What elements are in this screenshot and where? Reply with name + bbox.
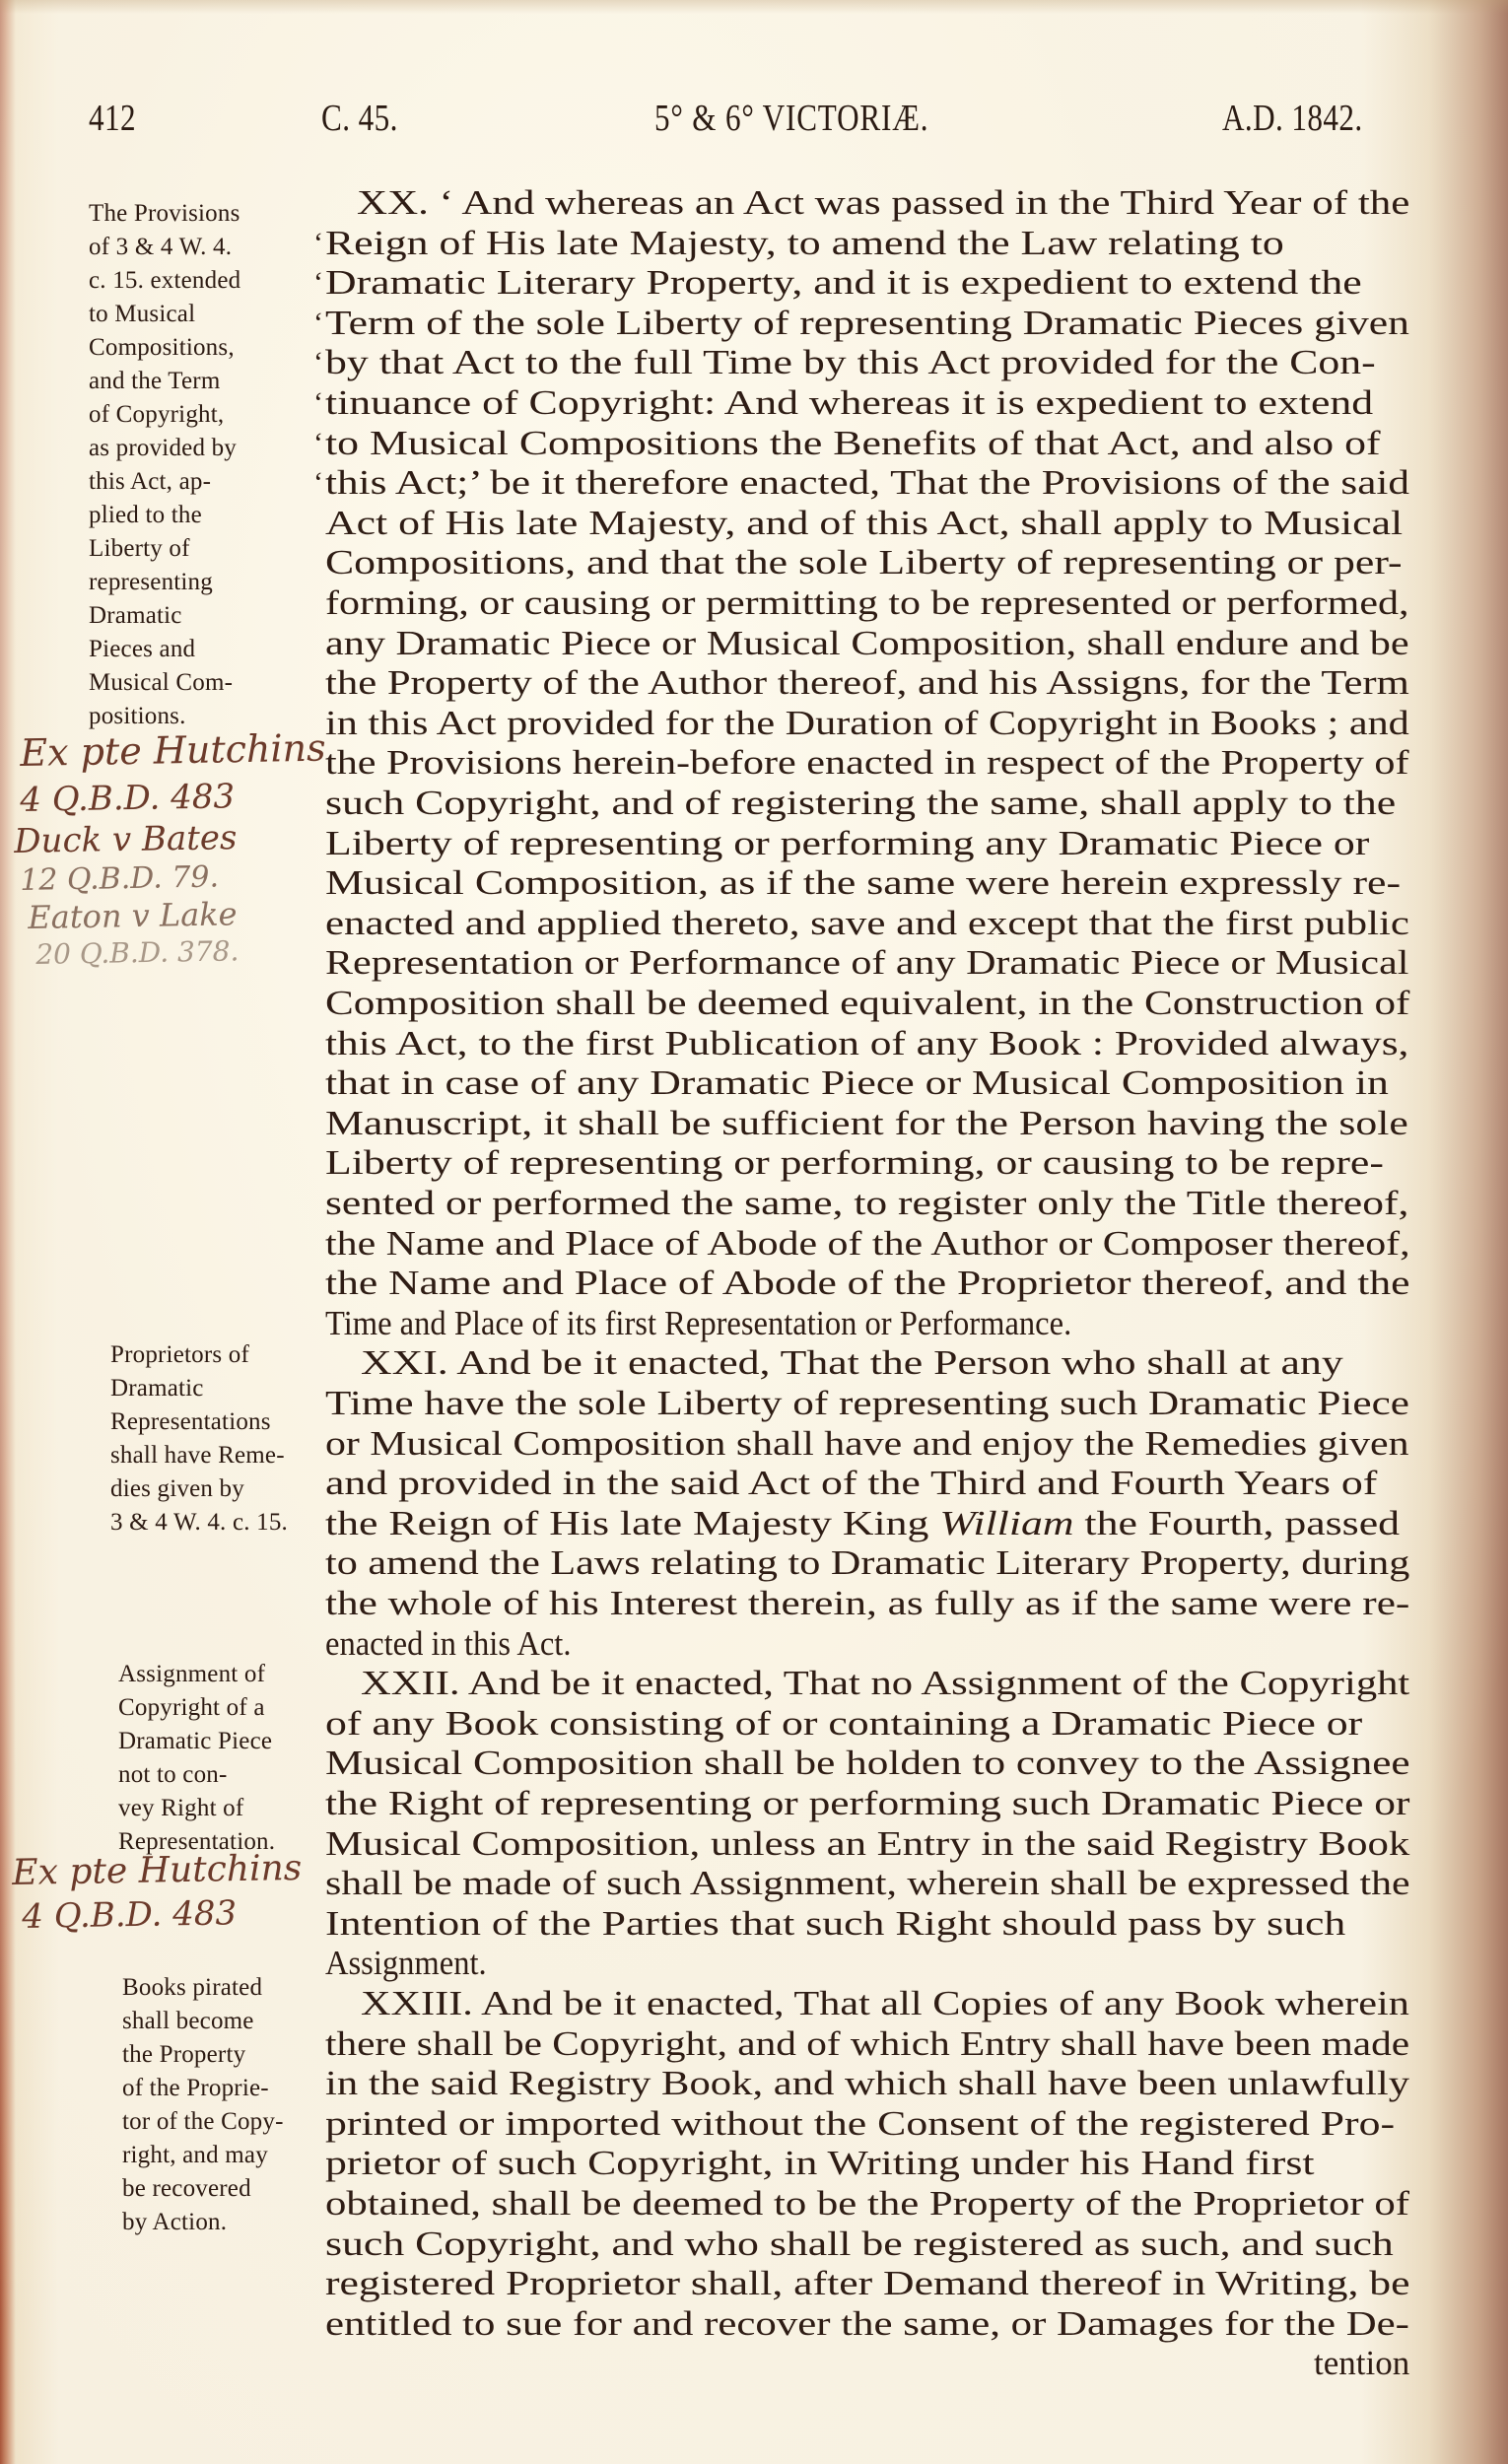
handwritten-case-citation: 4 Q.B.D. 483 bbox=[22, 1893, 237, 1937]
body-line-text: enacted and applied thereto, save and ex… bbox=[325, 904, 1409, 943]
body-line: in this Act provided for the Duration of… bbox=[325, 704, 1409, 743]
body-line: prietor of such Copyright, in Writing un… bbox=[325, 2144, 1409, 2183]
handwritten-case-citation: Eaton v Lake bbox=[28, 895, 238, 936]
margin-note-line: Liberty of bbox=[89, 532, 240, 566]
body-line: entitled to sue for and recover the same… bbox=[325, 2304, 1409, 2344]
margin-note-line: c. 15. extended bbox=[89, 264, 240, 298]
body-line-text: Musical Composition, as if the same were… bbox=[325, 863, 1401, 903]
body-line-text: Act of His late Majesty, and of this Act… bbox=[325, 504, 1403, 543]
body-line-text: Dramatic Literary Property, and it is ex… bbox=[325, 263, 1362, 303]
margin-note-line: Dramatic Piece bbox=[118, 1725, 275, 1758]
body-line: ‘Reign of His late Majesty, to amend the… bbox=[325, 224, 1409, 263]
quote-mark: ‘ bbox=[313, 224, 323, 263]
body-line-text: such Copyright, and who shall be registe… bbox=[325, 2224, 1394, 2264]
margin-note-line: shall become bbox=[122, 2005, 284, 2038]
body-line: the Name and Place of Abode of the Autho… bbox=[325, 1224, 1409, 1264]
handwritten-case-citation: 4 Q.B.D. 483 bbox=[20, 777, 235, 820]
margin-note-line: as provided by bbox=[89, 432, 240, 465]
margin-note-line: Dramatic bbox=[110, 1372, 288, 1405]
margin-note-line: Books pirated bbox=[122, 1971, 284, 2005]
margin-note-line: by Action. bbox=[122, 2206, 284, 2239]
margin-note-line: Musical Com- bbox=[89, 666, 240, 700]
body-line: Composition shall be deemed equivalent, … bbox=[325, 984, 1409, 1023]
body-line: ‘to Musical Compositions the Benefits of… bbox=[325, 424, 1409, 463]
body-line-text: the Name and Place of Abode of the Autho… bbox=[325, 1224, 1410, 1264]
body-line: Time and Place of its first Representati… bbox=[325, 1304, 1409, 1343]
body-line: of any Book consisting of or containing … bbox=[325, 1704, 1409, 1744]
body-line: ‘this Act;’ be it therefore enacted, Tha… bbox=[325, 463, 1409, 503]
body-line-text: that in case of any Dramatic Piece or Mu… bbox=[325, 1063, 1389, 1103]
body-line: in the said Registry Book, and which sha… bbox=[325, 2064, 1409, 2103]
margin-note-line: plied to the bbox=[89, 499, 240, 532]
body-line-text: obtained, shall be deemed to be the Prop… bbox=[325, 2184, 1409, 2224]
margin-note-line: Representations bbox=[110, 1405, 288, 1439]
quote-mark: ‘ bbox=[313, 424, 323, 463]
margin-note-line: right, and may bbox=[122, 2139, 284, 2172]
body-line-text: the Property of the Author thereof, and … bbox=[325, 663, 1409, 703]
body-line-text: shall be made of such Assignment, wherei… bbox=[325, 1864, 1410, 1903]
body-line: Musical Composition shall be holden to c… bbox=[325, 1744, 1409, 1783]
body-line-text: Assignment. bbox=[325, 1944, 487, 1983]
margin-note-line: The Provisions bbox=[89, 197, 240, 231]
body-line: XX. ‘ And whereas an Act was passed in t… bbox=[325, 183, 1409, 223]
margin-note-line: dies given by bbox=[110, 1472, 288, 1506]
body-line-text: tinuance of Copyright: And whereas it is… bbox=[325, 383, 1373, 423]
body-line: the whole of his Interest therein, as fu… bbox=[325, 1584, 1409, 1623]
margin-note-line: this Act, ap- bbox=[89, 465, 240, 499]
body-line-text: entitled to sue for and recover the same… bbox=[325, 2304, 1409, 2344]
margin-note-line: the Property bbox=[122, 2038, 284, 2072]
body-line: ‘by that Act to the full Time by this Ac… bbox=[325, 343, 1409, 382]
body-line-text: prietor of such Copyright, in Writing un… bbox=[325, 2144, 1315, 2183]
margin-note-line: of Copyright, bbox=[89, 398, 240, 432]
body-line: obtained, shall be deemed to be the Prop… bbox=[325, 2184, 1409, 2224]
body-line: enacted in this Act. bbox=[325, 1624, 1409, 1664]
document-page: 412 C. 45. 5° & 6° VICTORIÆ. A.D. 1842. … bbox=[0, 0, 1508, 2464]
handwritten-case-citation: Ex pte Hutchins bbox=[12, 1848, 303, 1893]
body-line: the Name and Place of Abode of the Propr… bbox=[325, 1264, 1409, 1303]
body-line-text: Time and Place of its first Representati… bbox=[325, 1304, 1071, 1343]
handwritten-case-citation: Ex pte Hutchins bbox=[20, 726, 326, 775]
margin-note-line: Dramatic bbox=[89, 599, 240, 633]
margin-note-line: representing bbox=[89, 566, 240, 599]
body-line-text: and provided in the said Act of the Thir… bbox=[325, 1464, 1377, 1503]
body-line-text: forming, or causing or permitting to be … bbox=[325, 583, 1408, 623]
body-line-text: the Provisions herein-before enacted in … bbox=[325, 743, 1409, 783]
body-line-text: registered Proprietor shall, after Deman… bbox=[325, 2264, 1409, 2303]
body-line: registered Proprietor shall, after Deman… bbox=[325, 2264, 1409, 2303]
handwritten-case-citation: 12 Q.B.D. 79. bbox=[20, 859, 219, 898]
body-line-text: this Act;’ be it therefore enacted, That… bbox=[325, 463, 1409, 503]
body-line: such Copyright, and of registering the s… bbox=[325, 784, 1409, 823]
body-line: XXIII. And be it enacted, That all Copie… bbox=[325, 1984, 1409, 2023]
body-line-text: Time have the sole Liberty of representi… bbox=[325, 1384, 1409, 1423]
body-line: Assignment. bbox=[325, 1944, 1409, 1983]
body-line: Intention of the Parties that such Right… bbox=[325, 1904, 1409, 1944]
body-line-text: by that Act to the full Time by this Act… bbox=[325, 343, 1376, 382]
body-line: XXII. And be it enacted, That no Assignm… bbox=[325, 1664, 1409, 1703]
margin-note-line: not to con- bbox=[118, 1758, 275, 1792]
body-line: ‘Dramatic Literary Property, and it is e… bbox=[325, 263, 1409, 303]
margin-note-section-22-note: Assignment ofCopyright of aDramatic Piec… bbox=[118, 1658, 275, 1859]
body-line: such Copyright, and who shall be registe… bbox=[325, 2224, 1409, 2264]
body-line-text: tention bbox=[1314, 2344, 1409, 2383]
body-line-text: XX. ‘ And whereas an Act was passed in t… bbox=[357, 183, 1409, 223]
body-line-text: XXI. And be it enacted, That the Person … bbox=[361, 1343, 1343, 1383]
body-line: and provided in the said Act of the Thir… bbox=[325, 1464, 1409, 1503]
body-line-text: any Dramatic Piece or Musical Compositio… bbox=[325, 624, 1409, 663]
body-line: forming, or causing or permitting to be … bbox=[325, 583, 1409, 623]
body-line-text: Manuscript, it shall be sufficient for t… bbox=[325, 1104, 1408, 1143]
body-line: or Musical Composition shall have and en… bbox=[325, 1424, 1409, 1464]
body-line: ‘tinuance of Copyright: And whereas it i… bbox=[325, 383, 1409, 423]
margin-note-line: and the Term bbox=[89, 365, 240, 398]
handwritten-case-citation: Duck v Bates bbox=[14, 818, 238, 861]
body-line: the Right of representing or performing … bbox=[325, 1784, 1409, 1823]
body-line: the Property of the Author thereof, and … bbox=[325, 663, 1409, 703]
body-line-text: Compositions, and that the sole Liberty … bbox=[325, 543, 1403, 582]
margin-note-line: Proprietors of bbox=[110, 1338, 288, 1372]
quote-mark: ‘ bbox=[313, 463, 323, 503]
body-line: there shall be Copyright, and of which E… bbox=[325, 2024, 1409, 2064]
body-line: Liberty of representing or performing an… bbox=[325, 824, 1409, 863]
quote-mark: ‘ bbox=[313, 343, 323, 382]
body-line-text: the whole of his Interest therein, as fu… bbox=[325, 1584, 1409, 1623]
body-line: tention bbox=[325, 2344, 1409, 2383]
body-line: XXI. And be it enacted, That the Person … bbox=[325, 1343, 1409, 1383]
body-line: printed or imported without the Consent … bbox=[325, 2104, 1409, 2144]
body-line: ‘Term of the sole Liberty of representin… bbox=[325, 304, 1409, 343]
margin-note-line: of the Proprie- bbox=[122, 2072, 284, 2105]
body-line-text: Term of the sole Liberty of representing… bbox=[325, 304, 1409, 343]
margin-note-section-21-note: Proprietors ofDramaticRepresentationssha… bbox=[110, 1338, 288, 1540]
margin-note-line: Assignment of bbox=[118, 1658, 275, 1691]
body-line-text: of any Book consisting of or containing … bbox=[325, 1704, 1362, 1744]
body-line: Representation or Performance of any Dra… bbox=[325, 943, 1409, 983]
body-line: enacted and applied thereto, save and ex… bbox=[325, 904, 1409, 943]
body-line: Manuscript, it shall be sufficient for t… bbox=[325, 1104, 1409, 1143]
body-line-text: Representation or Performance of any Dra… bbox=[325, 943, 1408, 983]
body-line-text: XXII. And be it enacted, That no Assignm… bbox=[361, 1664, 1409, 1703]
body-line-text: the Reign of His late Majesty King Willi… bbox=[325, 1504, 1400, 1543]
body-line: sented or performed the same, to registe… bbox=[325, 1184, 1409, 1223]
body-line-text: enacted in this Act. bbox=[325, 1624, 571, 1664]
body-line: the Reign of His late Majesty King Willi… bbox=[325, 1504, 1409, 1543]
body-line-text: to amend the Laws relating to Dramatic L… bbox=[325, 1543, 1409, 1583]
body-line-text: sented or performed the same, to registe… bbox=[325, 1184, 1408, 1223]
body-line: Act of His late Majesty, and of this Act… bbox=[325, 504, 1409, 543]
body-line: that in case of any Dramatic Piece or Mu… bbox=[325, 1063, 1409, 1103]
quote-mark: ‘ bbox=[313, 383, 323, 423]
body-line-text: Liberty of representing or performing, o… bbox=[325, 1143, 1384, 1183]
body-line: Musical Composition, as if the same were… bbox=[325, 863, 1409, 903]
body-line-text: the Name and Place of Abode of the Propr… bbox=[325, 1264, 1409, 1303]
body-line-text: Musical Composition, unless an Entry in … bbox=[325, 1824, 1409, 1864]
margin-note-line: Compositions, bbox=[89, 331, 240, 365]
body-line-text: XXIII. And be it enacted, That all Copie… bbox=[361, 1984, 1409, 2023]
body-line-text: Liberty of representing or performing an… bbox=[325, 824, 1369, 863]
body-line: Musical Composition, unless an Entry in … bbox=[325, 1824, 1409, 1864]
body-line-text: there shall be Copyright, and of which E… bbox=[325, 2024, 1409, 2064]
body-line-text: or Musical Composition shall have and en… bbox=[325, 1424, 1408, 1464]
body-line-text: to Musical Compositions the Benefits of … bbox=[325, 424, 1381, 463]
body-line: any Dramatic Piece or Musical Compositio… bbox=[325, 624, 1409, 663]
body-line: this Act, to the first Publication of an… bbox=[325, 1024, 1409, 1063]
margin-note-line: 3 & 4 W. 4. c. 15. bbox=[110, 1506, 288, 1540]
body-line-text: this Act, to the first Publication of an… bbox=[325, 1024, 1408, 1063]
body-line-text: Musical Composition shall be holden to c… bbox=[325, 1744, 1410, 1783]
body-line: to amend the Laws relating to Dramatic L… bbox=[325, 1543, 1409, 1583]
margin-note-line: Copyright of a bbox=[118, 1691, 275, 1725]
body-line: Compositions, and that the sole Liberty … bbox=[325, 543, 1409, 582]
margin-note-section-20-note: The Provisionsof 3 & 4 W. 4.c. 15. exten… bbox=[89, 197, 240, 733]
margin-note-line: tor of the Copy- bbox=[122, 2105, 284, 2139]
body-line-text: the Right of representing or performing … bbox=[325, 1784, 1409, 1823]
margin-note-line: of 3 & 4 W. 4. bbox=[89, 231, 240, 264]
body-line: Liberty of representing or performing, o… bbox=[325, 1143, 1409, 1183]
body-line-text: such Copyright, and of registering the s… bbox=[325, 784, 1396, 823]
body-line: shall be made of such Assignment, wherei… bbox=[325, 1864, 1409, 1903]
body-line-text: in the said Registry Book, and which sha… bbox=[325, 2064, 1409, 2103]
margin-note-section-23-note: Books piratedshall becomethe Propertyof … bbox=[122, 1971, 284, 2239]
margin-note-line: shall have Reme- bbox=[110, 1439, 288, 1472]
body-line: Time have the sole Liberty of representi… bbox=[325, 1384, 1409, 1423]
margin-note-line: be recovered bbox=[122, 2172, 284, 2206]
body-line-text: Reign of His late Majesty, to amend the … bbox=[325, 224, 1284, 263]
body-line-text: printed or imported without the Consent … bbox=[325, 2104, 1395, 2144]
margin-note-line: Pieces and bbox=[89, 633, 240, 666]
margin-note-line: to Musical bbox=[89, 298, 240, 331]
margin-note-line: vey Right of bbox=[118, 1792, 275, 1825]
quote-mark: ‘ bbox=[313, 263, 323, 303]
body-line: the Provisions herein-before enacted in … bbox=[325, 743, 1409, 783]
handwritten-case-citation: 20 Q.B.D. 378. bbox=[35, 934, 240, 971]
quote-mark: ‘ bbox=[313, 304, 323, 343]
body-line-text: Composition shall be deemed equivalent, … bbox=[325, 984, 1409, 1023]
body-line-text: in this Act provided for the Duration of… bbox=[325, 704, 1409, 743]
body-line-text: Intention of the Parties that such Right… bbox=[325, 1904, 1345, 1944]
